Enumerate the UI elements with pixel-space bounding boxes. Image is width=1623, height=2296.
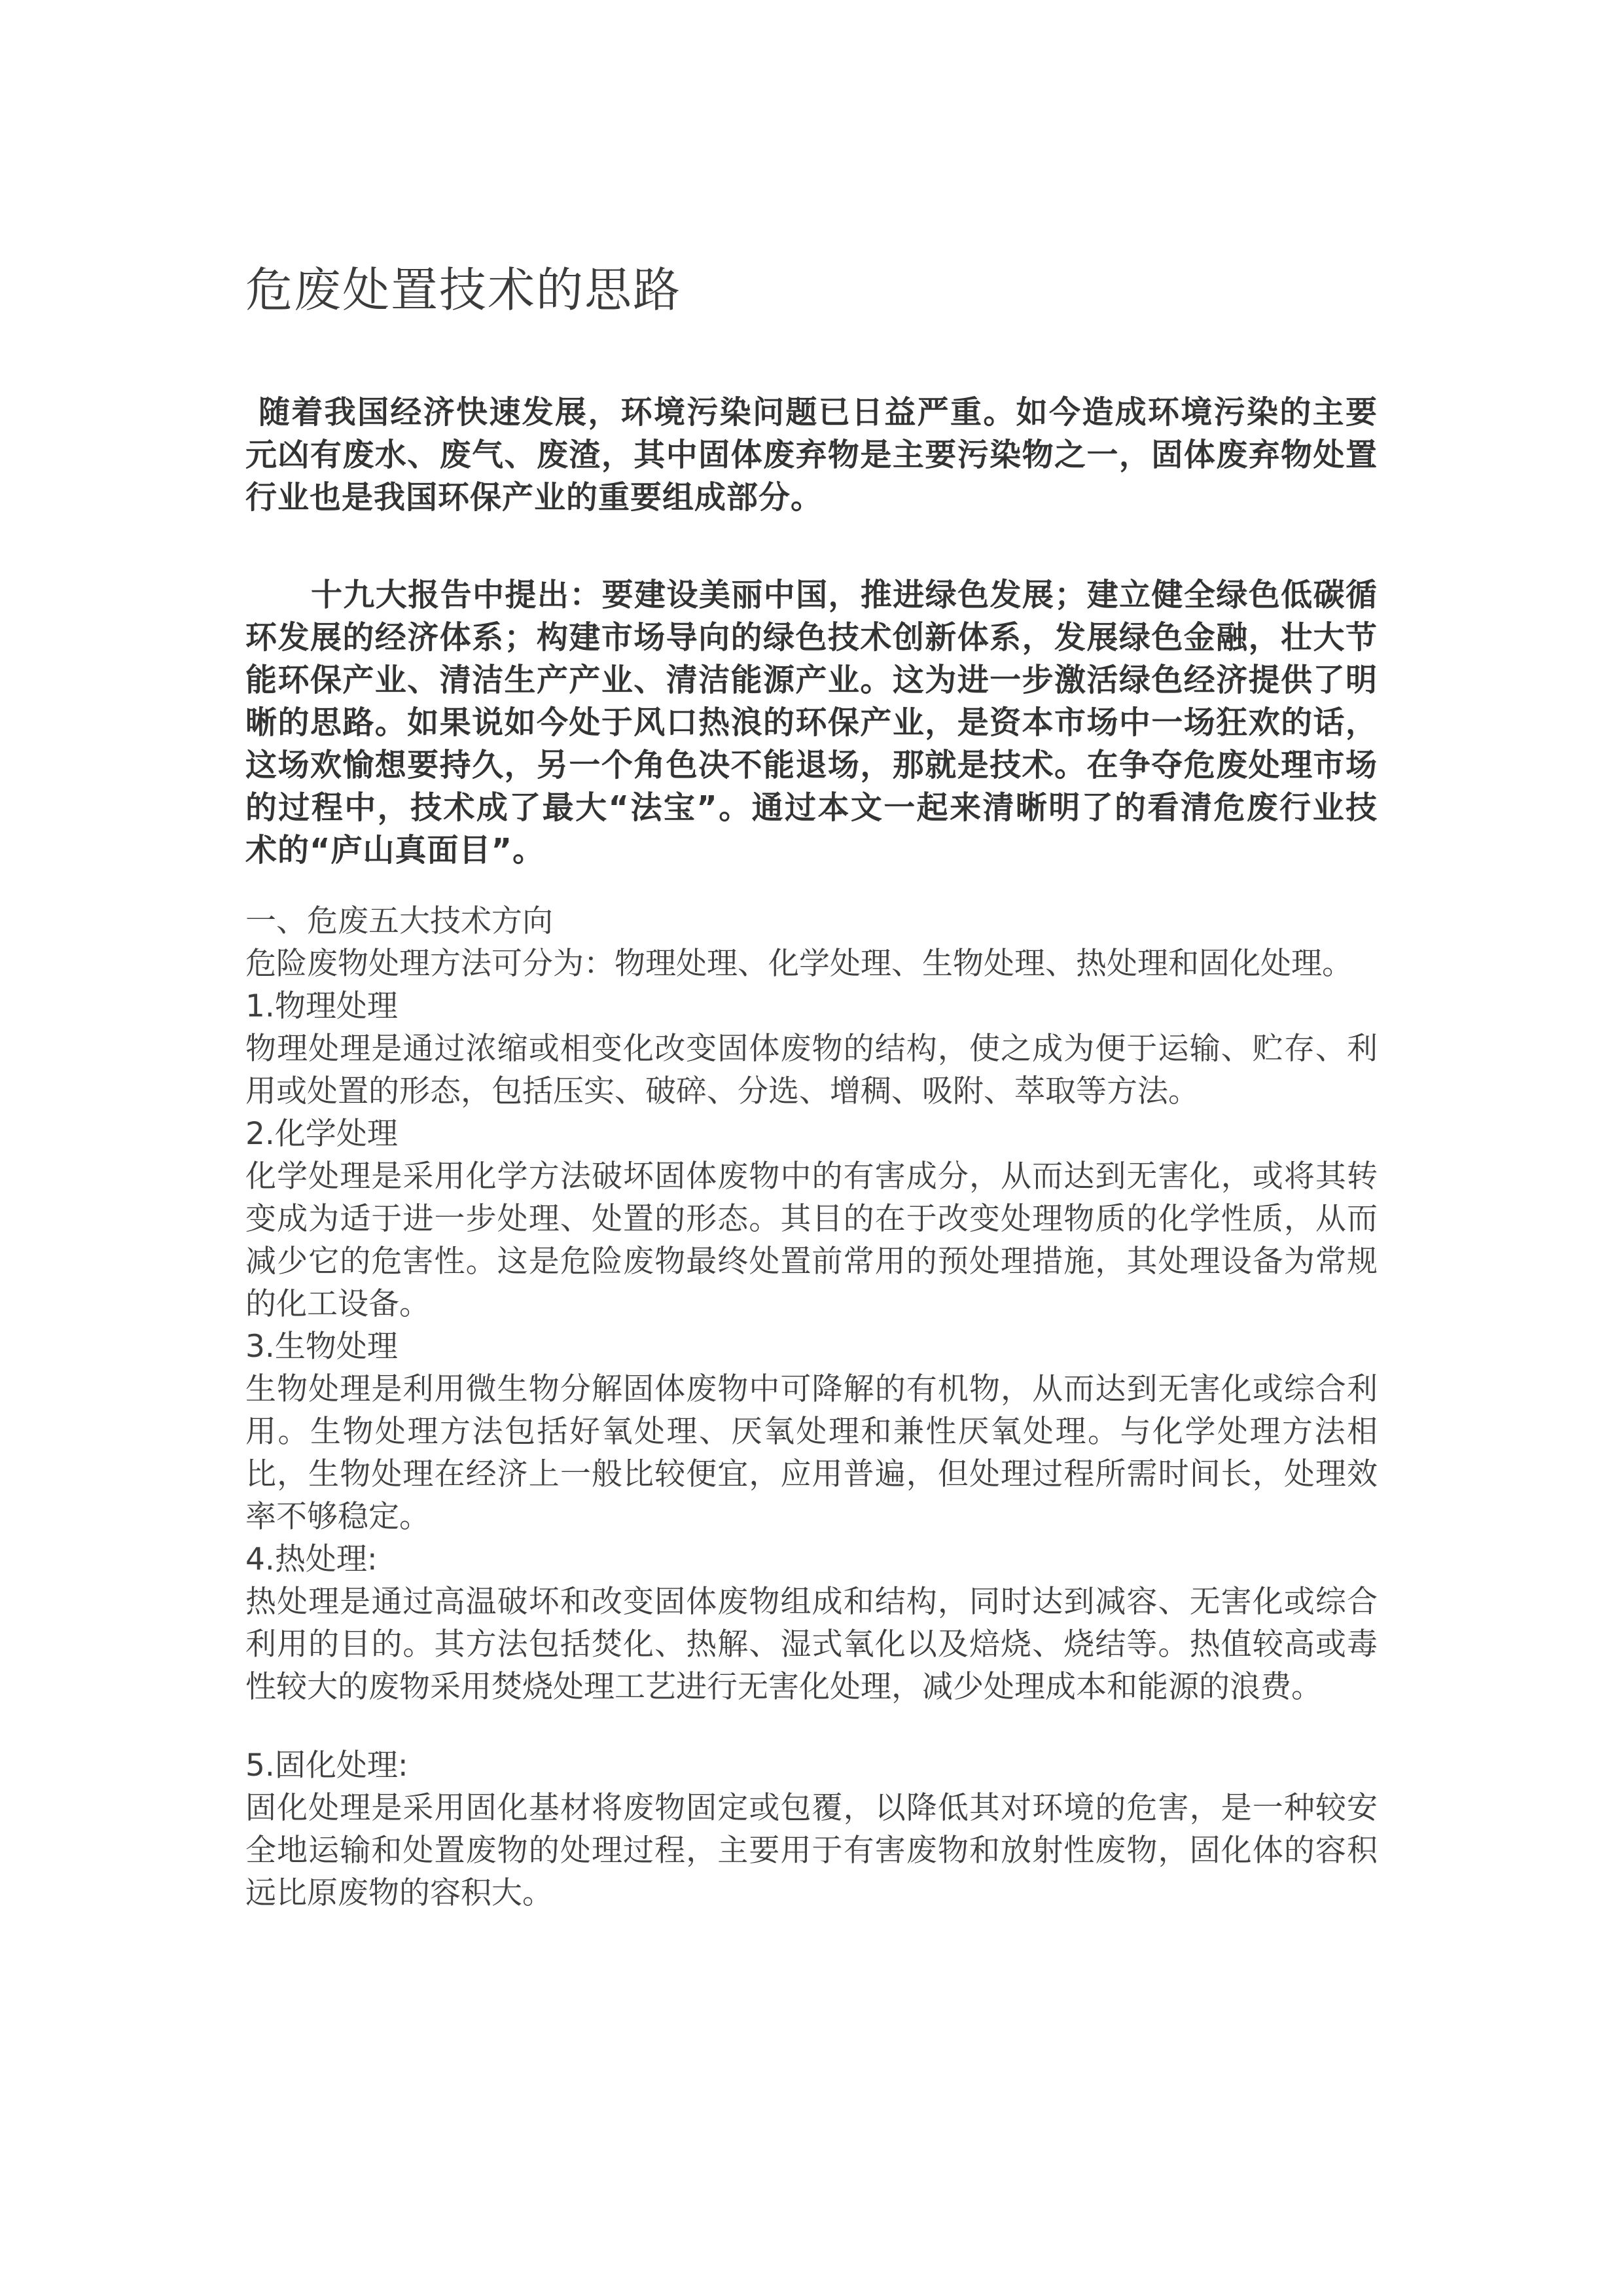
- item-body-chemical: 化学处理是采用化学方法破坏固体废物中的有害成分，从而达到无害化，或将其转变成为适…: [245, 1155, 1378, 1325]
- item-body-biological: 生物处理是利用微生物分解固体废物中可降解的有机物，从而达到无害化或综合利用。生物…: [245, 1368, 1378, 1538]
- intro-paragraph-2: 十九大报告中提出：要建设美丽中国，推进绿色发展；建立健全绿色低碳循环发展的经济体…: [245, 574, 1378, 872]
- item-body-solidification: 固化处理是采用固化基材将废物固定或包覆，以降低其对环境的危害，是一种较安全地运输…: [245, 1787, 1378, 1914]
- intro-paragraph-1: 随着我国经济快速发展，环境污染问题已日益严重。如今造成环境污染的主要元凶有废水、…: [245, 391, 1378, 519]
- section-lead: 危险废物处理方法可分为：物理处理、化学处理、生物处理、热处理和固化处理。: [245, 942, 1378, 985]
- document-page: 危废处置技术的思路 随着我国经济快速发展，环境污染问题已日益严重。如今造成环境污…: [0, 0, 1623, 2296]
- item-label-biological: 3.生物处理: [245, 1325, 1378, 1368]
- item-body-thermal: 热处理是通过高温破坏和改变固体废物组成和结构，同时达到减容、无害化或综合利用的目…: [245, 1581, 1378, 1708]
- technology-directions-section: 一、危废五大技术方向 危险废物处理方法可分为：物理处理、化学处理、生物处理、热处…: [245, 900, 1378, 1914]
- item-label-chemical: 2.化学处理: [245, 1113, 1378, 1155]
- section-heading: 一、危废五大技术方向: [245, 900, 1378, 942]
- item-label-thermal: 4.热处理:: [245, 1538, 1378, 1581]
- item-body-physical: 物理处理是通过浓缩或相变化改变固体废物的结构，使之成为便于运输、贮存、利用或处置…: [245, 1028, 1378, 1113]
- item-label-physical: 1.物理处理: [245, 985, 1378, 1028]
- item-label-solidification: 5.固化处理:: [245, 1744, 1378, 1787]
- page-title: 危废处置技术的思路: [245, 262, 1378, 318]
